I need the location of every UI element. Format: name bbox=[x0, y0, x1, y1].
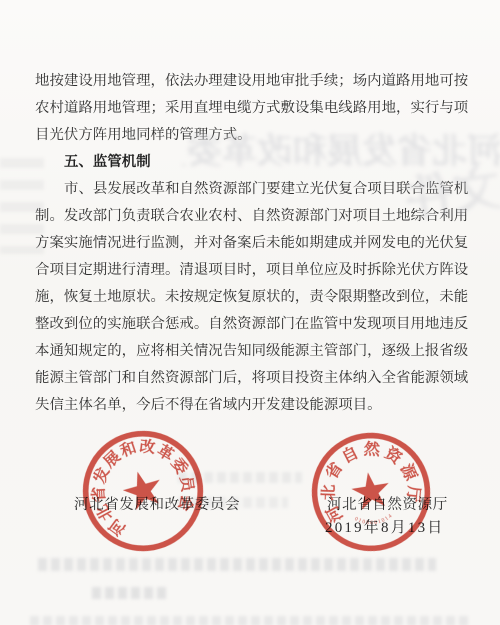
bleedthrough-subheader-text: 文件 bbox=[400, 149, 500, 231]
official-seal-natural-resources-department: 河北省自然资源厅 0108661014 bbox=[300, 421, 442, 563]
bleedthrough-smudge bbox=[0, 158, 44, 254]
document-body: 地按建设用地管理，依法办理建设用地审批手续；场内道路用地可按 农村道路用地管理；… bbox=[35, 68, 471, 419]
scanned-document-page: 河北省发展和改革委员会 文件 地按建设用地管理，依法办理建设用地审批手续；场内道… bbox=[0, 0, 500, 625]
body-line: 整改到位的实施联合惩戒。自然资源部门在监管中发现项目用地违反 bbox=[35, 311, 471, 338]
official-seal-development-reform-commission: 河北省发展和改革委员会 bbox=[65, 412, 221, 570]
body-line: 农村道路用地管理；采用直埋电缆方式敷设集电线路用地，实行与项 bbox=[35, 95, 471, 122]
body-line: 本通知规定的，应将相关情况告知同级能源主管部门，逐级上报省级 bbox=[35, 338, 471, 365]
body-line: 地按建设用地管理，依法办理建设用地审批手续；场内道路用地可按 bbox=[35, 68, 471, 95]
bleedthrough-row bbox=[30, 616, 472, 625]
seal-code-digits: 0108661014 bbox=[353, 510, 396, 529]
body-line: 施，恢复土地原状。未按规定恢复原状的，责令限期整改到位，未能 bbox=[35, 284, 471, 311]
bleedthrough-row bbox=[92, 587, 166, 599]
star-icon bbox=[349, 469, 392, 510]
body-line: 失信主体名单，今后不得在省域内开发建设能源项目。 bbox=[35, 392, 471, 419]
body-line: 方案实施情况进行监测，并对备案后未能如期建成并网发电的光伏复 bbox=[35, 230, 471, 257]
body-line: 能源主管部门和自然资源部门后，将项目投资主体纳入全省能源领域 bbox=[35, 365, 471, 392]
body-line: 合项目定期进行清理。清退项目时，项目单位应及时拆除光伏方阵设 bbox=[35, 257, 471, 284]
star-icon bbox=[119, 466, 166, 512]
